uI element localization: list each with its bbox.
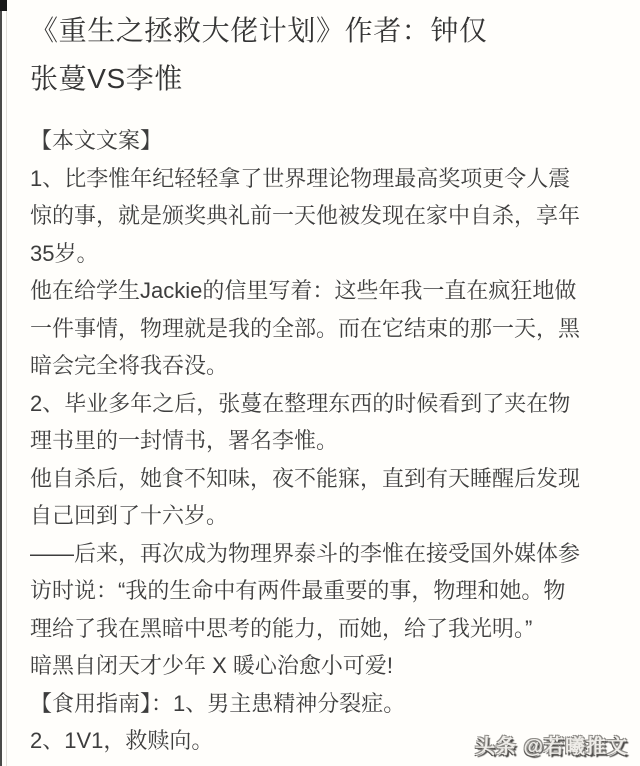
body-line: 惊的事，就是颁奖典礼前一天他被发现在家中自杀，享年 xyxy=(30,197,608,235)
left-edge-line xyxy=(0,0,2,766)
body-line: 1、比李惟年纪轻轻拿了世界理论物理最高奖项更令人震 xyxy=(30,160,608,198)
body-line: 理给了我在黑暗中思考的能力，而她，给了我光明。” xyxy=(30,610,608,648)
article-content: 《重生之拯救大佬计划》作者：钟仅 张蔓VS李惟 【本文文案】 1、比李惟年纪轻轻… xyxy=(0,0,640,760)
body-line: 一件事情，物理就是我的全部。而在它结束的那一天，黑 xyxy=(30,310,608,348)
title-line-pairing: 张蔓VS李惟 xyxy=(30,55,608,103)
body-line: 35岁。 xyxy=(30,235,608,273)
body-line-section-header: 【本文文案】 xyxy=(30,122,608,160)
top-left-corner-mark xyxy=(0,0,7,11)
left-faint-divider xyxy=(6,0,7,766)
body-line-guide-header: 【食用指南】：1、男主患精神分裂症。 xyxy=(30,685,608,723)
body-line: 他自杀后，她食不知味，夜不能寐，直到有天睡醒后发现 xyxy=(30,460,608,498)
article-page: 《重生之拯救大佬计划》作者：钟仅 张蔓VS李惟 【本文文案】 1、比李惟年纪轻轻… xyxy=(0,0,640,766)
body-line: 暗黑自闭天才少年 X 暖心治愈小可爱! xyxy=(30,647,608,685)
body-line: 2、毕业多年之后，张蔓在整理东西的时候看到了夹在物 xyxy=(30,385,608,423)
body-line: 暗会完全将我吞没。 xyxy=(30,347,608,385)
article-title: 《重生之拯救大佬计划》作者：钟仅 张蔓VS李惟 xyxy=(30,7,608,103)
body-line: ——后来，再次成为物理界泰斗的李惟在接受国外媒体参 xyxy=(30,535,608,573)
toutiao-watermark: 头条 @若曦推文 xyxy=(475,730,628,759)
body-line: 他在给学生Jackie的信里写着：这些年我一直在疯狂地做 xyxy=(30,272,608,310)
body-line: 访时说：“我的生命中有两件最重要的事，物理和她。物 xyxy=(30,572,608,610)
body-line: 自己回到了十六岁。 xyxy=(30,497,608,535)
title-line-book-and-author: 《重生之拯救大佬计划》作者：钟仅 xyxy=(30,7,608,55)
article-body: 【本文文案】 1、比李惟年纪轻轻拿了世界理论物理最高奖项更令人震 惊的事，就是颁… xyxy=(30,122,608,760)
body-line: 理书里的一封情书，署名李惟。 xyxy=(30,422,608,460)
